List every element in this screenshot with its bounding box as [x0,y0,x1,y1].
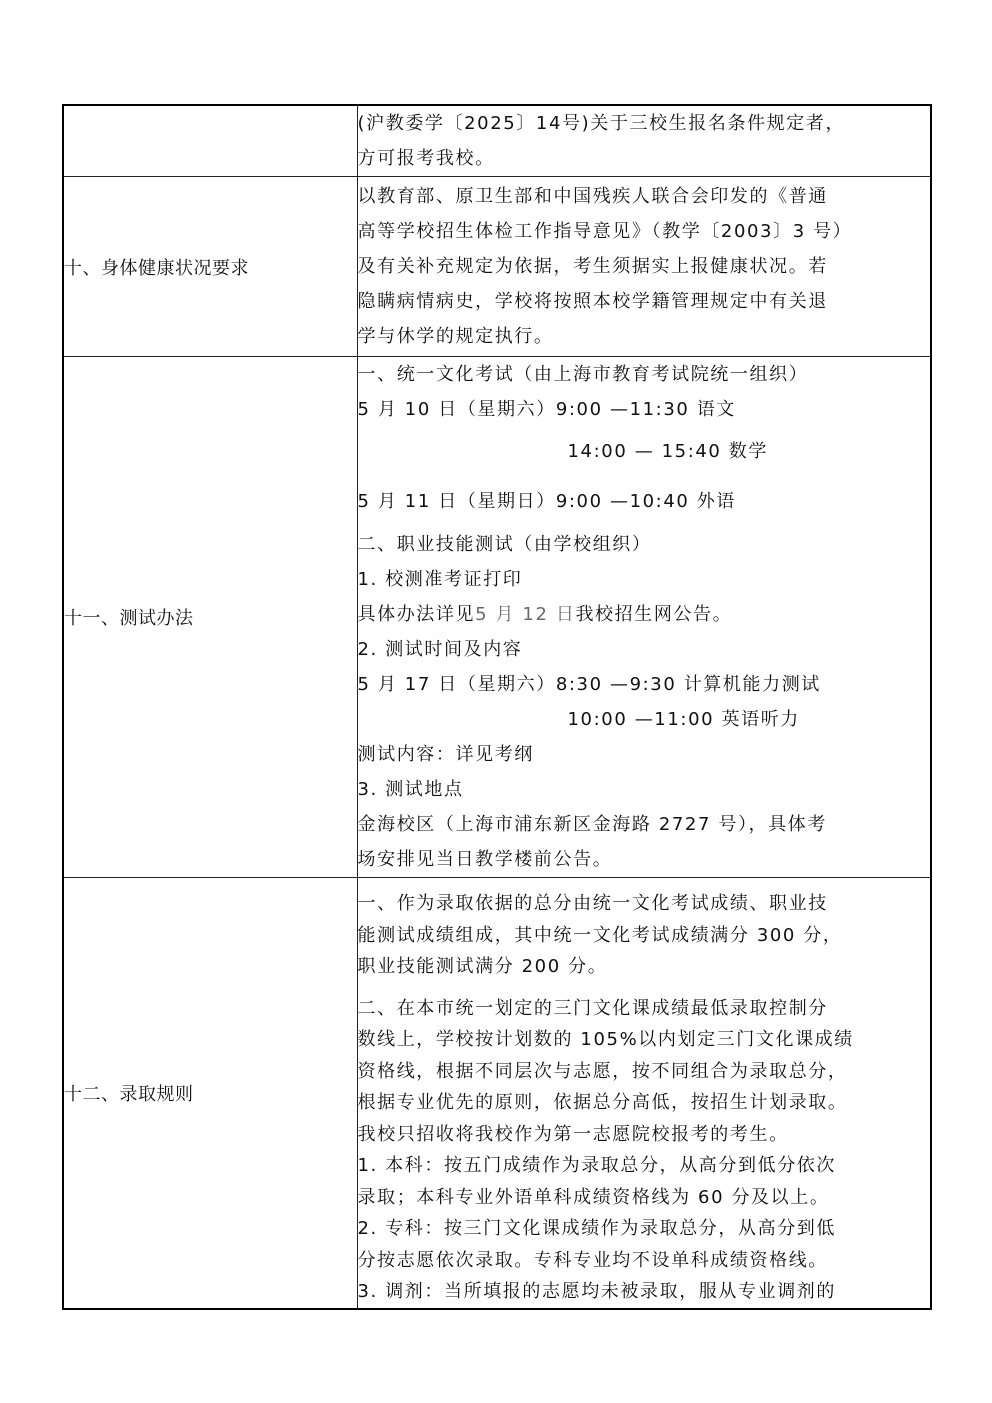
content-line: 分按志愿依次录取。专科专业均不设单科成绩资格线。 [358,1245,931,1277]
exam-schedule-day1-afternoon: 14:00 — 15:40 数学 [358,427,931,477]
row-content-health: 以教育部、原卫生部和中国残疾人联合会印发的《普通 高等学校招生体检工作指导意见》… [357,177,931,357]
content-line: 方可报考我校。 [358,141,931,176]
row-content-continuation: (沪教委学〔2025〕14号)关于三校生报名条件规定者， 方可报考我校。 [357,105,931,177]
content-line: (沪教委学〔2025〕14号)关于三校生报名条件规定者， [358,106,931,141]
skill-test-schedule-english: 10:00 —11:00 英语听力 [358,702,931,737]
skill-test-schedule: 5 月 17 日（星期六）8:30 —9:30 计算机能力测试 [358,667,931,702]
row-label-health: 十、身体健康状况要求 [63,177,357,357]
content-line: 二、在本市统一划定的三门文化课成绩最低录取控制分 [358,993,931,1025]
content-line: 我校只招收将我校作为第一志愿院校报考的考生。 [358,1119,931,1151]
row-content-admission-rules: 一、作为录取依据的总分由统一文化考试成绩、职业技 能测试成绩组成，其中统一文化考… [357,878,931,1309]
admission-rules-table: (沪教委学〔2025〕14号)关于三校生报名条件规定者， 方可报考我校。 十、身… [62,104,932,1310]
row-label-empty [63,105,357,177]
note-prefix: 具体办法详见 [358,604,476,625]
content-line: 资格线，根据不同层次与志愿，按不同组合为录取总分， [358,1056,931,1088]
row-content-test-methods: 一、统一文化考试（由上海市教育考试院统一组织） 5 月 10 日（星期六）9:0… [357,357,931,878]
section-title-skill-test: 二、职业技能测试（由学校组织） [358,527,931,562]
exam-schedule-day2: 5 月 11 日（星期日）9:00 —10:40 外语 [358,477,931,527]
content-line: 录取；本科专业外语单科成绩资格线为 60 分及以上。 [358,1182,931,1214]
table-row-continuation: (沪教委学〔2025〕14号)关于三校生报名条件规定者， 方可报考我校。 [63,105,931,177]
admission-ticket-note: 具体办法详见5 月 12 日我校招生网公告。 [358,597,931,632]
content-line: 能测试成绩组成，其中统一文化考试成绩满分 300 分， [358,920,931,952]
content-line: 高等学校招生体检工作指导意见》（教学〔2003〕3 号） [358,214,931,249]
announcement-date: 5 月 12 日 [475,604,575,625]
content-line: 职业技能测试满分 200 分。 [358,951,931,983]
item-title-test-time: 2. 测试时间及内容 [358,632,931,667]
content-line: 根据专业优先的原则，依据总分高低，按招生计划录取。 [358,1087,931,1119]
table-row-health-requirements: 十、身体健康状况要求 以教育部、原卫生部和中国残疾人联合会印发的《普通 高等学校… [63,177,931,357]
test-location-line: 场安排见当日教学楼前公告。 [358,842,931,877]
document-page: (沪教委学〔2025〕14号)关于三校生报名条件规定者， 方可报考我校。 十、身… [0,0,992,1403]
test-content-note: 测试内容：详见考纲 [358,737,931,772]
paragraph-gap [358,983,931,993]
content-line: 一、作为录取依据的总分由统一文化考试成绩、职业技 [358,888,931,920]
content-line: 隐瞒病情病史，学校将按照本校学籍管理规定中有关退 [358,284,931,319]
exam-schedule-day1: 5 月 10 日（星期六）9:00 —11:30 语文 [358,392,931,427]
row-label-test-methods: 十一、测试办法 [63,357,357,878]
item-title-test-location: 3. 测试地点 [358,772,931,807]
content-line: 2. 专科：按三门文化课成绩作为录取总分，从高分到低 [358,1213,931,1245]
note-suffix: 我校招生网公告。 [575,604,732,625]
content-line: 及有关补充规定为依据，考生须据实上报健康状况。若 [358,249,931,284]
content-line: 1. 本科：按五门成绩作为录取总分，从高分到低分依次 [358,1150,931,1182]
content-line: 3. 调剂：当所填报的志愿均未被录取，服从专业调剂的 [358,1276,931,1308]
test-location-line: 金海校区（上海市浦东新区金海路 2727 号），具体考 [358,807,931,842]
content-line: 学与休学的规定执行。 [358,319,931,354]
table-row-admission-rules: 十二、录取规则 一、作为录取依据的总分由统一文化考试成绩、职业技 能测试成绩组成… [63,878,931,1309]
section-title-unified-exam: 一、统一文化考试（由上海市教育考试院统一组织） [358,357,931,392]
row-label-admission-rules: 十二、录取规则 [63,878,357,1309]
table-row-test-methods: 十一、测试办法 一、统一文化考试（由上海市教育考试院统一组织） 5 月 10 日… [63,357,931,878]
content-line: 数线上，学校按计划数的 105%以内划定三门文化课成绩 [358,1024,931,1056]
content-line: 以教育部、原卫生部和中国残疾人联合会印发的《普通 [358,179,931,214]
item-title-admission-ticket: 1. 校测准考证打印 [358,562,931,597]
